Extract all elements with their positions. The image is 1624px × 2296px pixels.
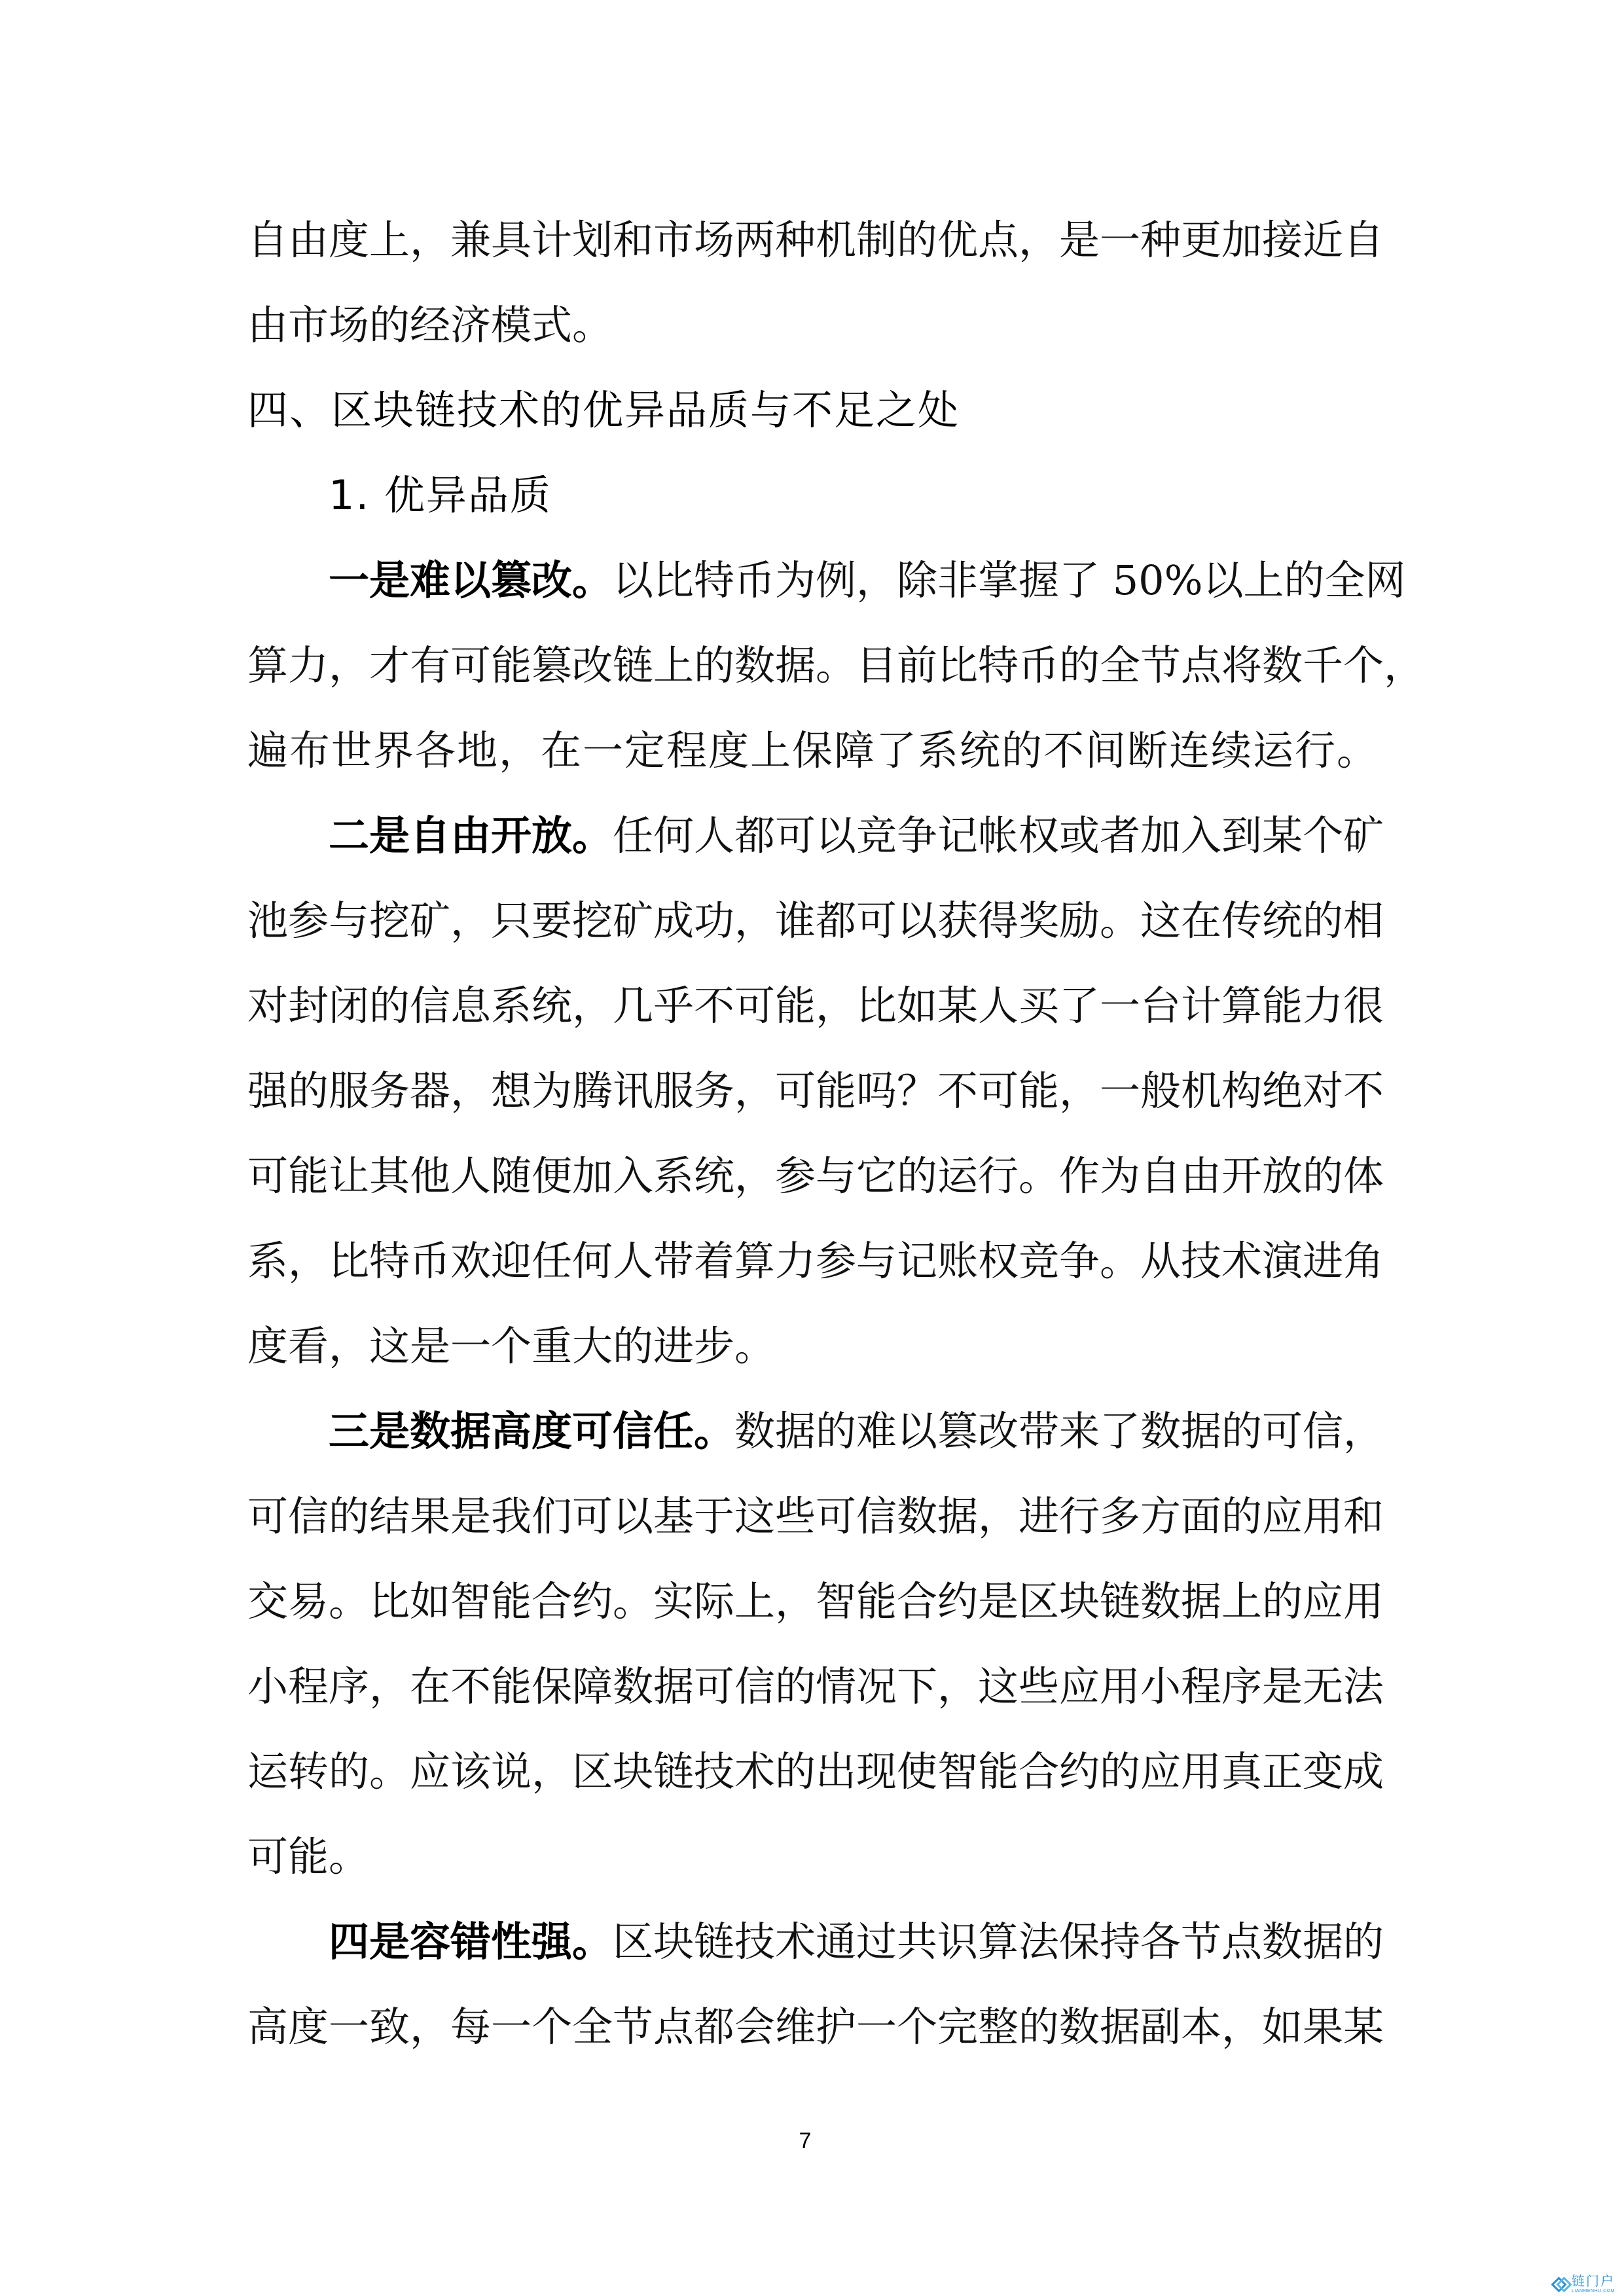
- text-column: 自由度上，兼具计划和市场两种机制的优点，是一种更加接近自 由市场的经济模式。 四…: [247, 198, 1377, 2070]
- subsection-heading-text: 1. 优异品质: [329, 453, 1377, 538]
- section-heading: 四、区块链技术的优异品质与不足之处: [247, 368, 1377, 453]
- paragraph-line: 自由度上，兼具计划和市场两种机制的优点，是一种更加接近自: [247, 198, 1377, 283]
- line-text: 由市场的经济模式。: [247, 283, 1377, 368]
- point-lead: 四是容错性强。: [329, 1918, 613, 1965]
- point-text: 以比特币为例，除非掌握了 50%以上的全网: [613, 556, 1406, 604]
- paragraph-line: 小程序，在不能保障数据可信的情况下，这些应用小程序是无法: [247, 1644, 1377, 1729]
- watermark-domain: LIANMENHU.COM: [1572, 2289, 1615, 2293]
- watermark-name: 链门户: [1572, 2274, 1615, 2287]
- line-text: 运转的。应该说，区块链技术的出现使智能合约的应用真正变成: [247, 1729, 1377, 1814]
- point-lead: 一是难以篡改。: [329, 556, 613, 604]
- line-text: 四是容错性强。区块链技术通过共识算法保持各节点数据的: [329, 1899, 1377, 1984]
- line-text: 强的服务器，想为腾讯服务，可能吗？不可能，一般机构绝对不: [247, 1049, 1377, 1134]
- paragraph-first-line: 二是自由开放。任何人都可以竞争记帐权或者加入到某个矿: [247, 793, 1377, 878]
- section-heading-text: 四、区块链技术的优异品质与不足之处: [247, 368, 1377, 453]
- page-number: 7: [785, 2128, 825, 2154]
- paragraph-line: 由市场的经济模式。: [247, 283, 1377, 368]
- watermark-text: 链门户 LIANMENHU.COM: [1572, 2274, 1615, 2293]
- paragraph-line: 强的服务器，想为腾讯服务，可能吗？不可能，一般机构绝对不: [247, 1049, 1377, 1134]
- line-text: 小程序，在不能保障数据可信的情况下，这些应用小程序是无法: [247, 1644, 1377, 1729]
- line-text: 可能让其他人随便加入系统，参与它的运行。作为自由开放的体: [247, 1134, 1377, 1219]
- paragraph-line: 算力，才有可能篡改链上的数据。目前比特币的全节点将数千个，: [247, 623, 1377, 708]
- paragraph-line: 可信的结果是我们可以基于这些可信数据，进行多方面的应用和: [247, 1474, 1377, 1559]
- line-text: 可能。: [247, 1814, 1377, 1899]
- line-text: 池参与挖矿，只要挖矿成功，谁都可以获得奖励。这在传统的相: [247, 878, 1377, 963]
- point-text: 数据的难以篡改带来了数据的可信，: [734, 1407, 1384, 1455]
- paragraph-line: 高度一致，每一个全节点都会维护一个完整的数据副本，如果某: [247, 1984, 1377, 2070]
- line-text: 二是自由开放。任何人都可以竞争记帐权或者加入到某个矿: [329, 793, 1377, 878]
- point-lead: 三是数据高度可信任。: [329, 1407, 734, 1455]
- line-text: 系，比特币欢迎任何人带着算力参与记账权竞争。从技术演进角: [247, 1219, 1377, 1304]
- line-text: 一是难以篡改。以比特币为例，除非掌握了 50%以上的全网: [329, 538, 1377, 623]
- document-page: 自由度上，兼具计划和市场两种机制的优点，是一种更加接近自 由市场的经济模式。 四…: [0, 0, 1624, 2296]
- paragraph-line: 遍布世界各地，在一定程度上保障了系统的不间断连续运行。: [247, 708, 1377, 793]
- line-text: 高度一致，每一个全节点都会维护一个完整的数据副本，如果某: [247, 1984, 1377, 2070]
- paragraph-line: 运转的。应该说，区块链技术的出现使智能合约的应用真正变成: [247, 1729, 1377, 1814]
- line-text: 遍布世界各地，在一定程度上保障了系统的不间断连续运行。: [247, 708, 1377, 793]
- point-text: 区块链技术通过共识算法保持各节点数据的: [613, 1918, 1384, 1965]
- line-text: 度看，这是一个重大的进步。: [247, 1304, 1377, 1389]
- diamond-logo-icon: [1553, 2277, 1568, 2291]
- paragraph-line: 可能。: [247, 1814, 1377, 1899]
- line-text: 交易。比如智能合约。实际上，智能合约是区块链数据上的应用: [247, 1559, 1377, 1644]
- paragraph-first-line: 四是容错性强。区块链技术通过共识算法保持各节点数据的: [247, 1899, 1377, 1984]
- line-text: 三是数据高度可信任。数据的难以篡改带来了数据的可信，: [329, 1389, 1377, 1474]
- paragraph-first-line: 一是难以篡改。以比特币为例，除非掌握了 50%以上的全网: [247, 538, 1377, 623]
- paragraph-line: 池参与挖矿，只要挖矿成功，谁都可以获得奖励。这在传统的相: [247, 878, 1377, 963]
- subsection-heading: 1. 优异品质: [247, 453, 1377, 538]
- line-text: 可信的结果是我们可以基于这些可信数据，进行多方面的应用和: [247, 1474, 1377, 1559]
- paragraph-first-line: 三是数据高度可信任。数据的难以篡改带来了数据的可信，: [247, 1389, 1377, 1474]
- paragraph-line: 交易。比如智能合约。实际上，智能合约是区块链数据上的应用: [247, 1559, 1377, 1644]
- paragraph-line: 度看，这是一个重大的进步。: [247, 1304, 1377, 1389]
- point-text: 任何人都可以竞争记帐权或者加入到某个矿: [613, 812, 1384, 859]
- paragraph-line: 对封闭的信息系统，几乎不可能，比如某人买了一台计算能力很: [247, 963, 1377, 1049]
- line-text: 自由度上，兼具计划和市场两种机制的优点，是一种更加接近自: [247, 198, 1377, 283]
- paragraph-line: 系，比特币欢迎任何人带着算力参与记账权竞争。从技术演进角: [247, 1219, 1377, 1304]
- line-text: 对封闭的信息系统，几乎不可能，比如某人买了一台计算能力很: [247, 963, 1377, 1049]
- paragraph-line: 可能让其他人随便加入系统，参与它的运行。作为自由开放的体: [247, 1134, 1377, 1219]
- line-text: 算力，才有可能篡改链上的数据。目前比特币的全节点将数千个，: [247, 623, 1377, 708]
- watermark: 链门户 LIANMENHU.COM: [1553, 2274, 1615, 2293]
- point-lead: 二是自由开放。: [329, 812, 613, 859]
